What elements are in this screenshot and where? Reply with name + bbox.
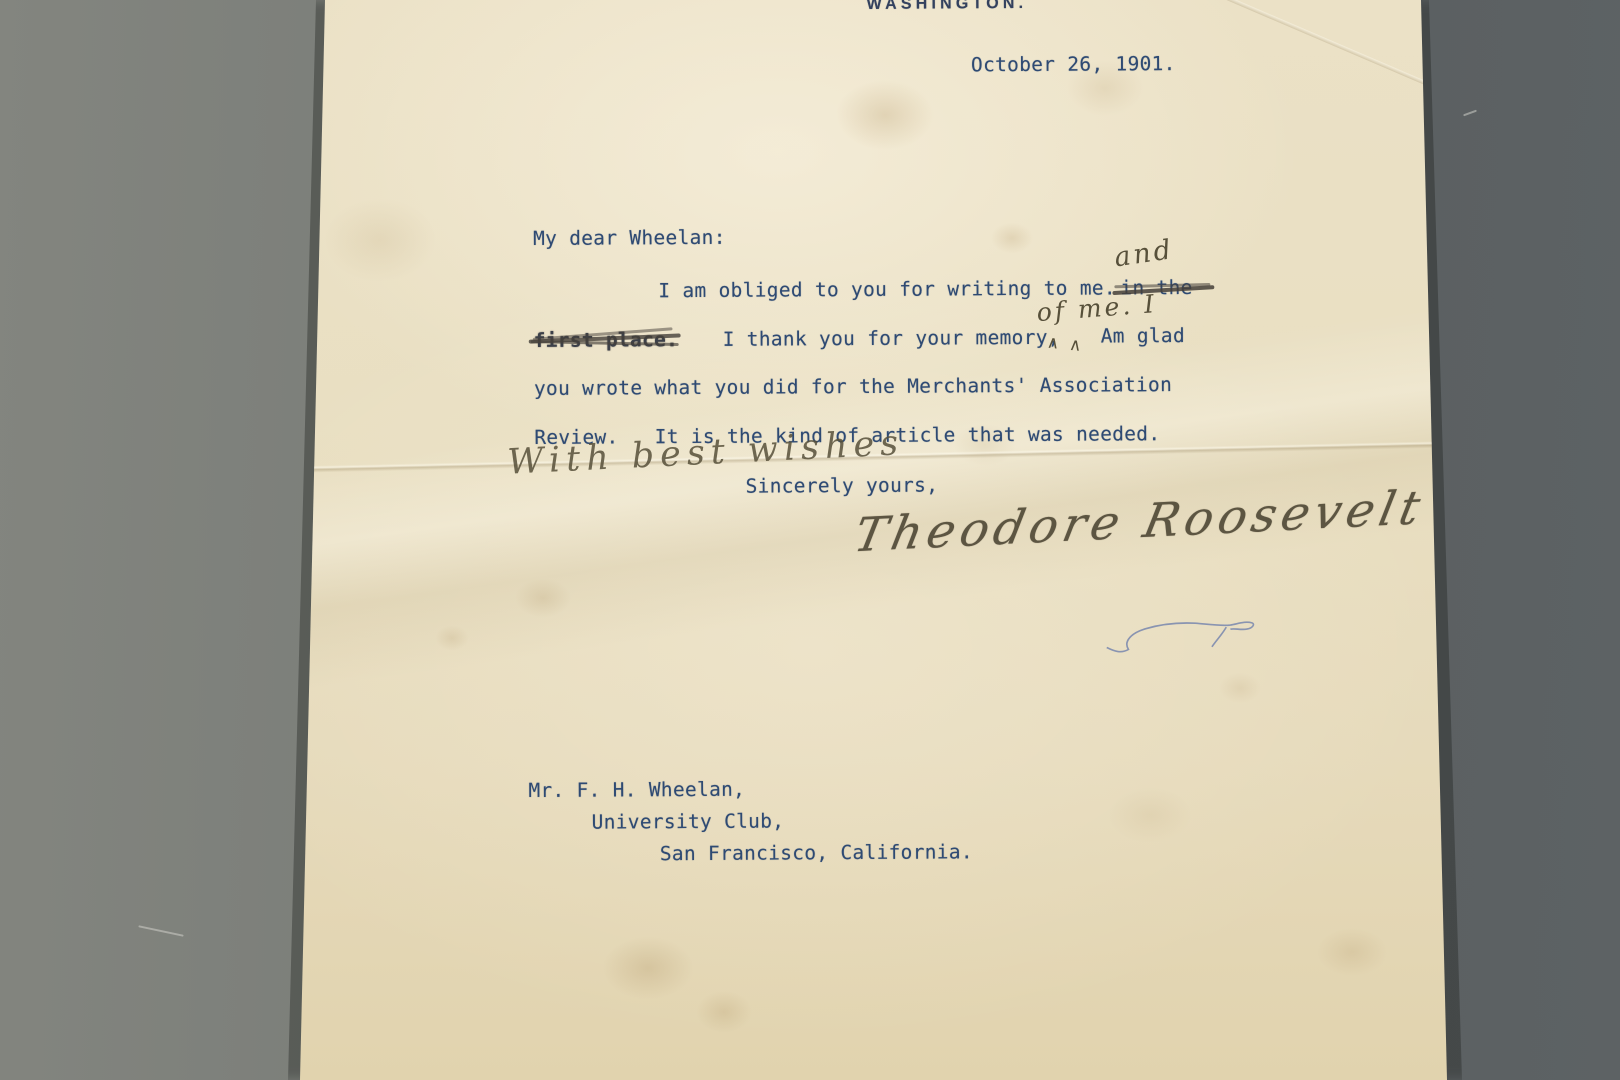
address-line-1: Mr. F. H. Wheelan, — [528, 778, 745, 803]
letterhead-washington: WASHINGTON. — [867, 0, 1028, 14]
ink-squiggle — [1100, 604, 1265, 660]
letter-content: WASHINGTON. October 26, 1901. My dear Wh… — [0, 0, 1620, 1080]
closing-sincerely-yours: Sincerely yours, — [746, 474, 939, 499]
photo-of-letter: WASHINGTON. October 26, 1901. My dear Wh… — [0, 0, 1620, 1080]
body-line-2: I thank you for your memory, — [723, 326, 1060, 352]
salutation: My dear Wheelan: — [533, 226, 726, 251]
body-line-2-tail: Am glad — [1101, 324, 1185, 349]
date-line: October 26, 1901. — [971, 52, 1176, 77]
body-line-3: you wrote what you did for the Merchants… — [534, 373, 1172, 401]
caret-marks: ∧∧ — [1046, 333, 1093, 357]
handwritten-and: and — [1112, 234, 1176, 273]
address-line-3: San Francisco, California. — [660, 840, 973, 866]
address-line-2: University Club, — [592, 809, 785, 834]
